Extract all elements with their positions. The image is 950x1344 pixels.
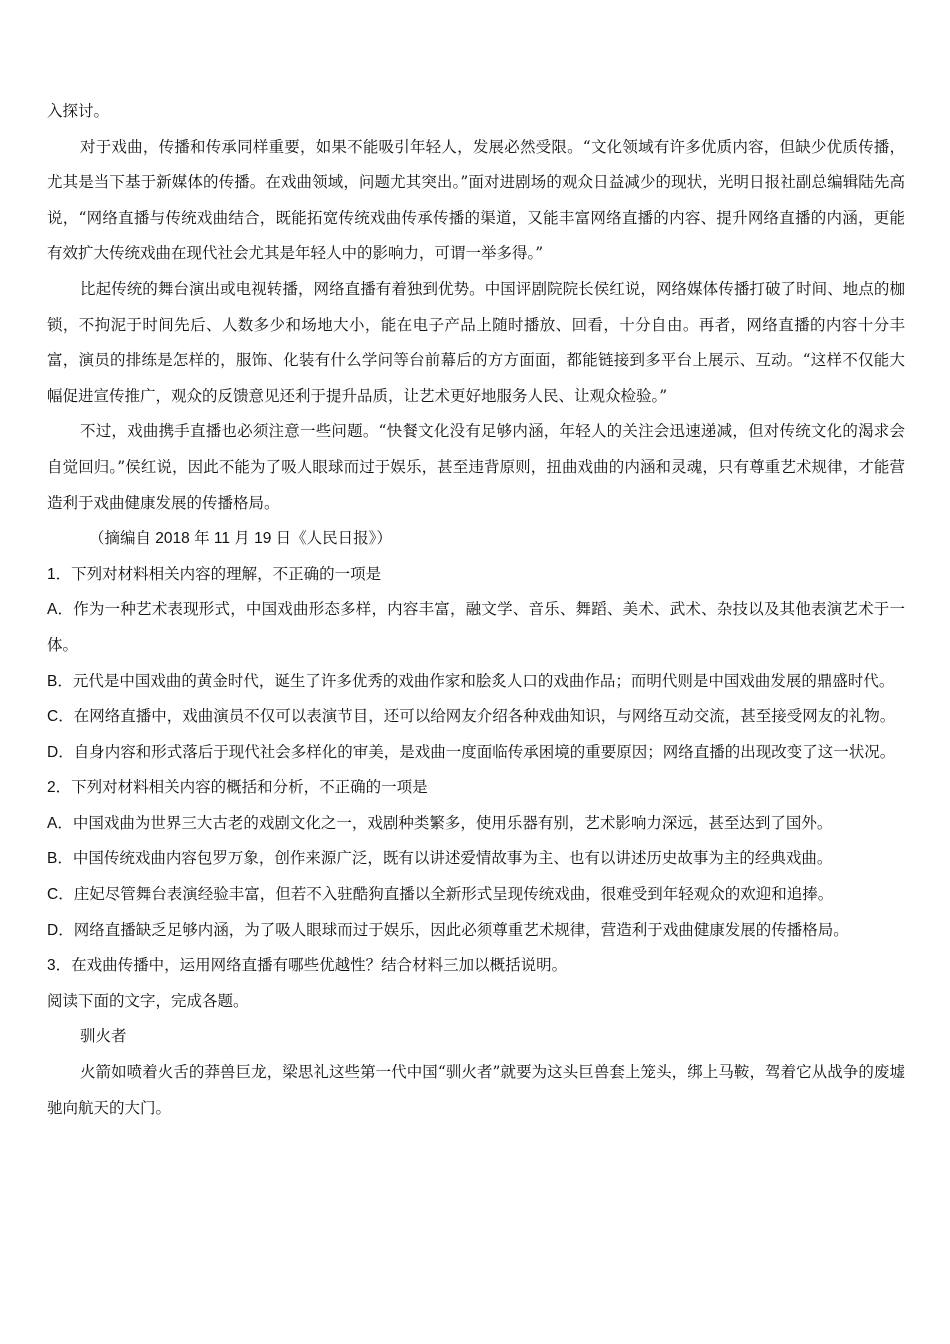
passage-title: 驯火者 — [47, 1019, 905, 1055]
question-1-option-b: B．元代是中国戏曲的黄金时代，诞生了许多优秀的戏曲作家和脍炙人口的戏曲作品；而明… — [47, 664, 905, 700]
question-1-option-c: C．在网络直播中，戏曲演员不仅可以表演节目，还可以给网友介绍各种戏曲知识，与网络… — [47, 699, 905, 735]
document-page: 入探讨。 对于戏曲，传播和传承同样重要，如果不能吸引年轻人，发展必然受限。“文化… — [47, 94, 905, 1126]
question-2-option-d: D．网络直播缺乏足够内涵，为了吸人眼球而过于娱乐，因此必须尊重艺术规律，营造利于… — [47, 913, 905, 949]
question-1-stem: 1．下列对材料相关内容的理解，不正确的一项是 — [47, 557, 905, 593]
question-2-stem: 2．下列对材料相关内容的概括和分析，不正确的一项是 — [47, 770, 905, 806]
question-3-stem: 3．在戏曲传播中，运用网络直播有哪些优越性？结合材料三加以概括说明。 — [47, 948, 905, 984]
article-paragraph-1: 对于戏曲，传播和传承同样重要，如果不能吸引年轻人，发展必然受限。“文化领域有许多… — [47, 130, 905, 272]
reading-instruction: 阅读下面的文字，完成各题。 — [47, 984, 905, 1020]
question-2-option-c: C．庄妃尽管舞台表演经验丰富，但若不入驻酷狗直播以全新形式呈现传统戏曲，很难受到… — [47, 877, 905, 913]
question-1-option-a: A．作为一种艺术表现形式，中国戏曲形态多样，内容丰富，融文学、音乐、舞蹈、美术、… — [47, 592, 905, 663]
question-1-option-d: D．自身内容和形式落后于现代社会多样化的审美，是戏曲一度面临传承困境的重要原因；… — [47, 735, 905, 771]
article-source: （摘编自 2018 年 11 月 19 日《人民日报》） — [47, 521, 905, 557]
article-paragraph-3: 不过，戏曲携手直播也必须注意一些问题。“快餐文化没有足够内涵，年轻人的关注会迅速… — [47, 414, 905, 521]
article-paragraph-2: 比起传统的舞台演出或电视转播，网络直播有着独到优势。中国评剧院院长侯红说，网络媒… — [47, 272, 905, 414]
question-2-option-a: A．中国戏曲为世界三大古老的戏剧文化之一，戏剧种类繁多，使用乐器有别，艺术影响力… — [47, 806, 905, 842]
passage-paragraph-1: 火箭如喷着火舌的莽兽巨龙，梁思礼这些第一代中国“驯火者”就要为这头巨兽套上笼头，… — [47, 1055, 905, 1126]
article-continuation: 入探讨。 — [47, 94, 905, 130]
question-2-option-b: B．中国传统戏曲内容包罗万象，创作来源广泛，既有以讲述爱情故事为主、也有以讲述历… — [47, 841, 905, 877]
